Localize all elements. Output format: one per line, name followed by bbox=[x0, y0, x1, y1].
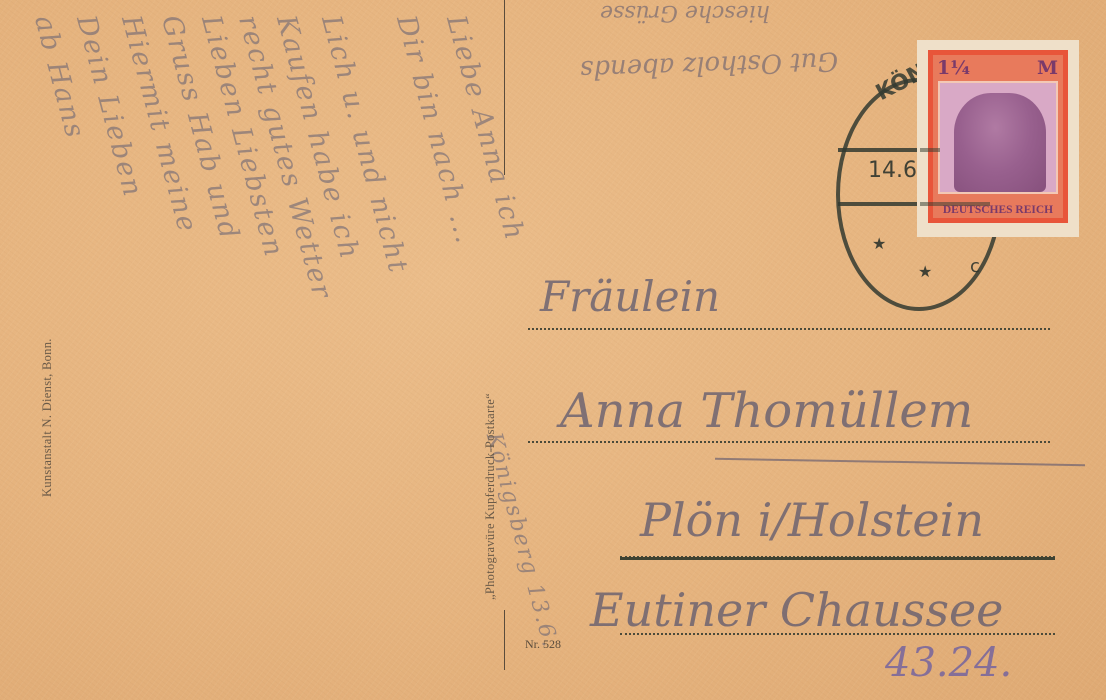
series-label: „Photogravüre Kupferdruck-Postkarte“ bbox=[483, 393, 498, 600]
postage-stamp: 1¼ M DEUTSCHES REICH bbox=[917, 40, 1079, 237]
address-line-3-underline bbox=[620, 557, 1055, 560]
address-line-1 bbox=[528, 328, 1050, 330]
postmark-overprint bbox=[920, 202, 990, 206]
germania-portrait-icon bbox=[954, 93, 1046, 192]
star-icon: ★ bbox=[872, 234, 886, 253]
address-street: Eutiner Chaussee bbox=[590, 583, 1003, 637]
address-line-2 bbox=[528, 441, 1050, 443]
address-city: Plön i/Holstein bbox=[640, 493, 984, 547]
stamp-currency: M bbox=[1037, 57, 1058, 79]
recipient-underline bbox=[715, 458, 1085, 466]
postmark-date: 14.6. bbox=[868, 158, 924, 183]
stamp-frame: 1¼ M DEUTSCHES REICH bbox=[928, 50, 1068, 223]
address-note: 43.24. bbox=[885, 640, 1012, 686]
divider-line-top bbox=[504, 0, 505, 175]
address-recipient-name: Anna Thomüllem bbox=[560, 383, 973, 439]
stamp-value: 1¼ bbox=[937, 57, 970, 79]
publisher-imprint: Kunstanstalt N. Dienst, Bonn. bbox=[40, 338, 55, 497]
stamp-portrait-panel bbox=[938, 81, 1058, 194]
divider-line-bottom bbox=[504, 610, 505, 670]
message-top-line: hiesche Grüsse bbox=[600, 0, 770, 25]
postmark-letter: c bbox=[970, 256, 980, 277]
card-number: Nr. 528 bbox=[525, 637, 561, 652]
message-top-line: Gut Ostholz abends bbox=[580, 46, 839, 85]
postcard-back: ab Hans Dein Lieben Hiermit meine Gruss … bbox=[0, 0, 1106, 700]
address-recipient-title: Fräulein bbox=[540, 272, 720, 321]
star-icon: ★ bbox=[918, 262, 932, 281]
postmark-overprint bbox=[920, 148, 940, 152]
postmark-bar-top bbox=[838, 148, 928, 152]
